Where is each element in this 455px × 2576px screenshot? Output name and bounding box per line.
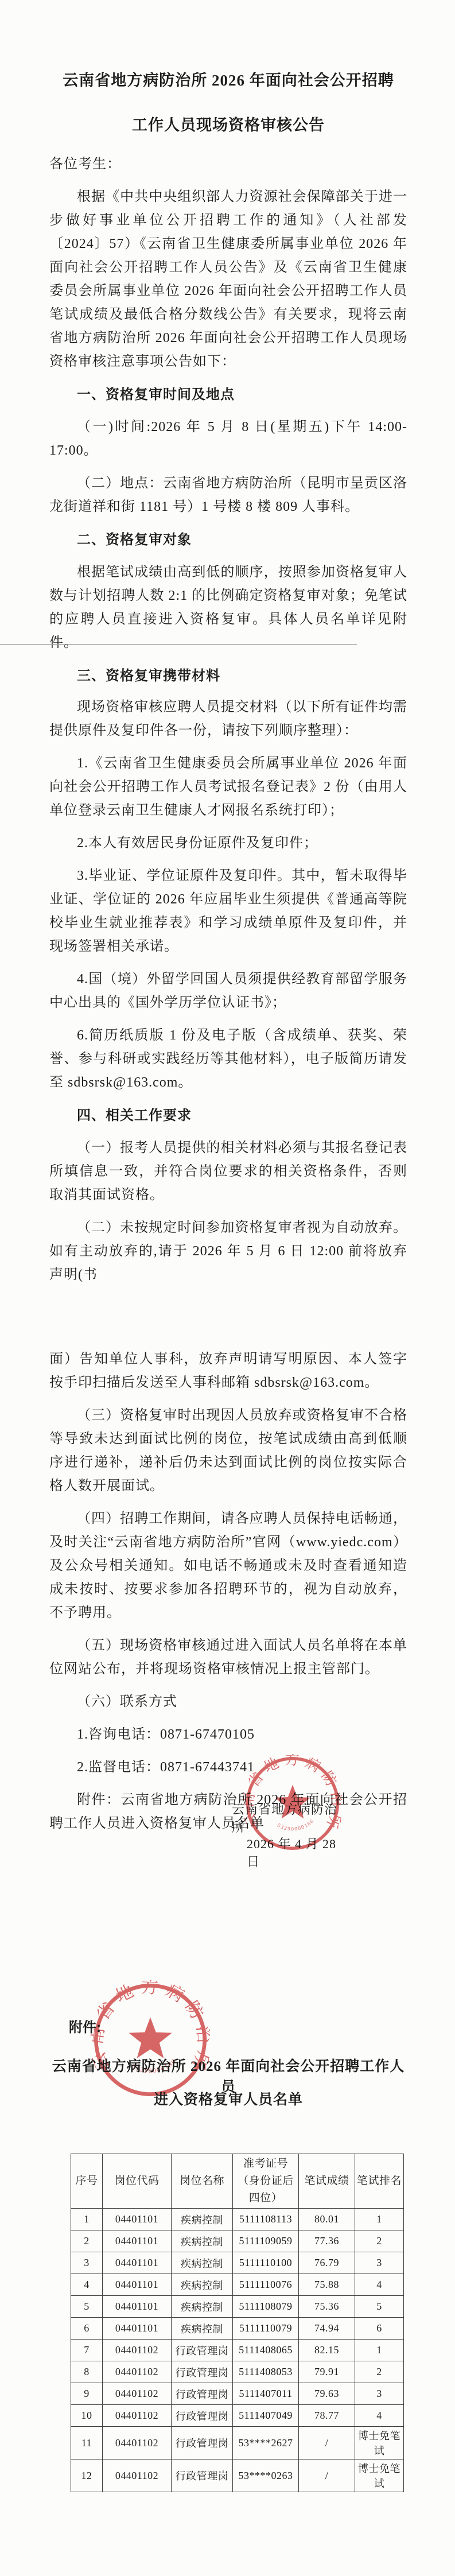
table-cell: 5	[355, 2296, 404, 2318]
page3-body: 面）告知单位人事科，放弃声明请写明原因、本人签字按手印扫描后发送至人事科邮箱 s…	[49, 1348, 407, 1836]
table-cell: 行政管理岗	[172, 2340, 233, 2361]
review-target-paragraph: 根据笔试成绩由高到低的顺序，按照参加资格复审人数与计划招聘人数 2:1 的比例确…	[49, 561, 407, 655]
table-cell: 5111108079	[233, 2296, 299, 2318]
table-cell: 博士免笔试	[355, 2459, 404, 2492]
table-row: 404401101疾病控制511111007675.884	[71, 2274, 404, 2296]
table-row: 704401102行政管理岗511140806582.151	[71, 2340, 404, 2361]
table-cell: 博士免笔试	[355, 2427, 404, 2459]
table-cell: 4	[355, 2405, 404, 2427]
table-cell: 75.36	[299, 2296, 355, 2318]
table-cell: 5111408065	[233, 2340, 299, 2361]
table-cell: 77.36	[299, 2230, 355, 2252]
table-cell: 04401101	[103, 2296, 172, 2318]
table-row: 104401101疾病控制511110811380.011	[71, 2209, 404, 2230]
section-heading-4: 四、相关工作要求	[49, 1104, 407, 1127]
table-cell: 78.77	[299, 2405, 355, 2427]
review-place: （二）地点：云南省地方病防治所（昆明市呈贡区洛龙街道祥和街 1181 号）1 号…	[49, 472, 407, 519]
table-cell: 疾病控制	[172, 2209, 233, 2230]
material-item-3: 3.毕业证、学位证原件及复印件。其中，暂未取得毕业证、学位证的 2026 年应届…	[49, 864, 407, 959]
attachment-label: 附件:	[69, 2016, 101, 2036]
requirement-1: （一）报考人员提供的相关材料必须与其报名登记表所填信息一致，并符合岗位要求的相关…	[49, 1136, 407, 1207]
table-row: 1104401102行政管理岗53****2627/博士免笔试	[71, 2427, 404, 2459]
requirement-2-part1: （二）未按规定时间参加资格复审者视为自动放弃。如有主动放弃的,请于 2026 年…	[49, 1216, 407, 1287]
table-cell: 3	[355, 2383, 404, 2405]
table-cell: 行政管理岗	[172, 2427, 233, 2459]
table-cell: 疾病控制	[172, 2252, 233, 2274]
table-cell: 疾病控制	[172, 2296, 233, 2318]
table-cell: 80.01	[299, 2209, 355, 2230]
table-cell: 53****0263	[233, 2459, 299, 2492]
table-cell: 3	[355, 2252, 404, 2274]
table-cell: 5111407011	[233, 2383, 299, 2405]
table-row: 504401101疾病控制511110807975.365	[71, 2296, 404, 2318]
table-cell: /	[299, 2459, 355, 2492]
section-heading-2: 二、资格复审对象	[49, 528, 407, 552]
roster-column-header: 岗位代码	[103, 2154, 172, 2209]
table-cell: 04401102	[103, 2427, 172, 2459]
page1-body: 各位考生： 根据《中共中央组织部人力资源社会保障部关于进一步做好事业单位公开招聘…	[49, 153, 407, 688]
table-cell: 5111108113	[233, 2209, 299, 2230]
roster-column-header: 准考证号（身份证后四位）	[233, 2154, 299, 2209]
table-row: 804401102行政管理岗511140805379.912	[71, 2361, 404, 2383]
table-row: 204401101疾病控制511110905977.362	[71, 2230, 404, 2252]
table-cell: 7	[71, 2340, 103, 2361]
table-row: 904401102行政管理岗511140701179.633	[71, 2383, 404, 2405]
material-item-1: 1.《云南省卫生健康委员会所属事业单位 2026 年面向社会公开招聘工作人员考试…	[49, 752, 407, 823]
table-cell: 2	[355, 2361, 404, 2383]
requirement-5: （五）现场资格审核通过进入面试人员名单将在本单位网站公布，并将现场资格审核情况上…	[49, 1634, 407, 1681]
scanned-announcement-document: 云南省地方病防治所 2026 年面向社会公开招聘 工作人员现场资格审核公告 各位…	[0, 0, 455, 2576]
table-cell: 行政管理岗	[172, 2459, 233, 2492]
table-cell: 行政管理岗	[172, 2405, 233, 2427]
roster-column-header: 岗位名称	[172, 2154, 233, 2209]
table-cell: 04401101	[103, 2274, 172, 2296]
table-row: 604401101疾病控制511111007974.946	[71, 2318, 404, 2340]
table-cell: 2	[355, 2230, 404, 2252]
table-cell: 04401102	[103, 2361, 172, 2383]
section-heading-1: 一、资格复审时间及地点	[49, 383, 407, 406]
table-cell: 5111109059	[233, 2230, 299, 2252]
table-cell: 1	[355, 2209, 404, 2230]
requirement-6-contact: （六）联系方式	[49, 1690, 407, 1714]
table-cell: 1	[355, 2340, 404, 2361]
table-cell: 74.94	[299, 2318, 355, 2340]
table-cell: 76.79	[299, 2252, 355, 2274]
roster-table: 序号岗位代码岗位名称准考证号（身份证后四位）笔试成绩笔试排名 104401101…	[71, 2154, 404, 2492]
table-row: 304401101疾病控制511111010076.793	[71, 2252, 404, 2274]
requirement-2-part2: 面）告知单位人事科，放弃声明请写明原因、本人签字按手印扫描后发送至人事科邮箱 s…	[49, 1348, 407, 1395]
material-item-6: 6.简历纸质版 1 份及电子版（含成绩单、获奖、荣誉、参与科研或实践经历等其他材…	[49, 1024, 407, 1095]
table-cell: 11	[71, 2427, 103, 2459]
table-cell: 4	[71, 2274, 103, 2296]
roster-table-header-row: 序号岗位代码岗位名称准考证号（身份证后四位）笔试成绩笔试排名	[71, 2154, 404, 2209]
table-cell: 6	[355, 2318, 404, 2340]
table-cell: 79.63	[299, 2383, 355, 2405]
table-row: 1204401102行政管理岗53****0263/博士免笔试	[71, 2459, 404, 2492]
attachment-note: 附件：云南省地方病防治所 2026 年面向社会公开招聘工作人员进入资格复审人员名…	[49, 1789, 407, 1836]
table-cell: 1	[71, 2209, 103, 2230]
table-cell: 行政管理岗	[172, 2361, 233, 2383]
document-title-line1: 云南省地方病防治所 2026 年面向社会公开招聘	[49, 68, 408, 90]
table-cell: 04401101	[103, 2209, 172, 2230]
table-row: 1004401102行政管理岗511140704978.774	[71, 2405, 404, 2427]
page-separator-line	[0, 644, 357, 645]
table-cell: 04401101	[103, 2230, 172, 2252]
table-cell: 疾病控制	[172, 2274, 233, 2296]
table-cell: 5111408053	[233, 2361, 299, 2383]
roster-table-body: 104401101疾病控制511110811380.011204401101疾病…	[71, 2209, 404, 2492]
requirement-4: （四）招聘工作期间，请各应聘人员保持电话畅通，及时关注“云南省地方病防治所”官网…	[49, 1507, 407, 1625]
table-cell: 79.91	[299, 2361, 355, 2383]
page2-body: 现场资格审核应聘人员提交材料（以下所有证件均需提供原件及复印件各一份，请按下列顺…	[49, 696, 407, 1287]
material-item-2: 2.本人有效居民身份证原件及复印件；	[49, 832, 407, 855]
review-time: （一)时间:2026 年 5 月 8 日(星期五)下午 14:00-17:00。	[49, 416, 407, 463]
requirement-3: （三）资格复审时出现因人员放弃或资格复审不合格等导致未达到面试比例的岗位，按笔试…	[49, 1404, 407, 1498]
intro-paragraph: 根据《中共中央组织部人力资源社会保障部关于进一步做好事业单位公开招聘工作的通知》…	[49, 185, 407, 374]
salutation: 各位考生：	[49, 153, 407, 176]
table-cell: 53****2627	[233, 2427, 299, 2459]
table-cell: 04401101	[103, 2252, 172, 2274]
table-cell: 6	[71, 2318, 103, 2340]
table-cell: 9	[71, 2383, 103, 2405]
table-cell: 5111110079	[233, 2318, 299, 2340]
table-cell: 4	[355, 2274, 404, 2296]
inquiry-phone: 1.咨询电话：0871-67470105	[49, 1723, 407, 1747]
table-cell: 04401102	[103, 2405, 172, 2427]
table-cell: 疾病控制	[172, 2230, 233, 2252]
table-cell: 8	[71, 2361, 103, 2383]
table-cell: 5111110076	[233, 2274, 299, 2296]
table-cell: 5111110100	[233, 2252, 299, 2274]
table-cell: /	[299, 2427, 355, 2459]
roster-column-header: 笔试排名	[355, 2154, 404, 2209]
document-title-line2: 工作人员现场资格审核公告	[49, 112, 408, 135]
roster-title-line2: 进入资格复审人员名单	[49, 2088, 408, 2109]
supervision-phone: 2.监督电话：0871-67443741	[49, 1756, 407, 1779]
roster-column-header: 序号	[71, 2154, 103, 2209]
roster-column-header: 笔试成绩	[299, 2154, 355, 2209]
table-cell: 04401102	[103, 2383, 172, 2405]
table-cell: 10	[71, 2405, 103, 2427]
official-seal-icon: 云南省地方病防治所 5329000018696	[243, 1754, 342, 1853]
table-cell: 疾病控制	[172, 2318, 233, 2340]
table-cell: 行政管理岗	[172, 2383, 233, 2405]
table-cell: 5111407049	[233, 2405, 299, 2427]
table-cell: 12	[71, 2459, 103, 2492]
table-cell: 75.88	[299, 2274, 355, 2296]
section-heading-3: 三、资格复审携带材料	[49, 664, 407, 688]
table-cell: 5	[71, 2296, 103, 2318]
materials-intro: 现场资格审核应聘人员提交材料（以下所有证件均需提供原件及复印件各一份，请按下列顺…	[49, 696, 407, 743]
table-cell: 3	[71, 2252, 103, 2274]
table-cell: 82.15	[299, 2340, 355, 2361]
material-item-4: 4.国（境）外留学回国人员须提供经教育部留学服务中心出具的《国外学历学位认证书》…	[49, 968, 407, 1015]
table-cell: 04401101	[103, 2318, 172, 2340]
table-cell: 04401102	[103, 2340, 172, 2361]
table-cell: 2	[71, 2230, 103, 2252]
table-cell: 04401102	[103, 2459, 172, 2492]
